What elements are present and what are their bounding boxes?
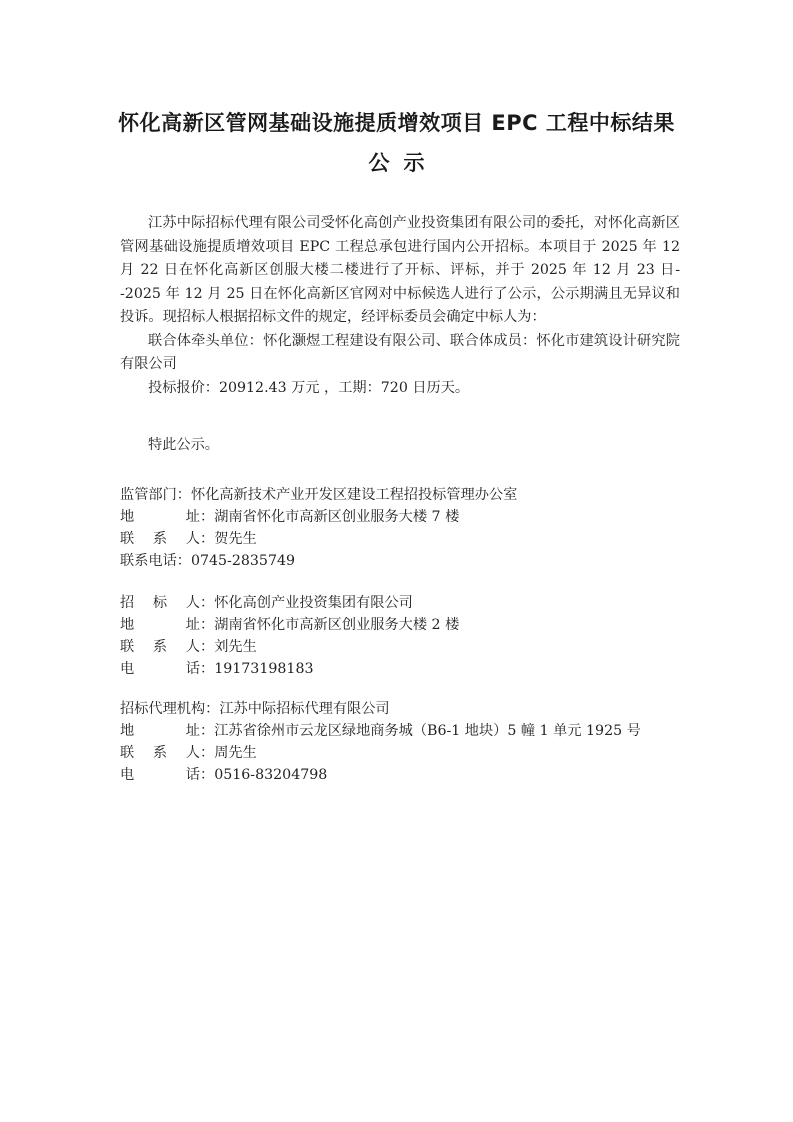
winner-paragraph: 联合体牵头单位：怀化灏煜工程建设有限公司、联合体成员：怀化市建筑设计研究院有限公…	[120, 330, 680, 377]
tenderer-contact-label: 联系人	[120, 636, 200, 658]
agency-address-row: 地址：江苏省徐州市云龙区绿地商务城（B6-1 地块）5 幢 1 单元 1925 …	[120, 720, 641, 742]
agency-name-value: 江苏中际招标代理有限公司	[219, 701, 389, 717]
agency-name-label: 招标代理机构：	[120, 698, 219, 720]
supervisor-contact-row: 联系人：贺先生	[120, 528, 257, 550]
tenderer-contact-row: 联系人：刘先生	[120, 636, 257, 658]
supervisor-contact-value: 贺先生	[214, 531, 257, 547]
supervisor-address-value: 湖南省怀化市高新区创业服务大楼 7 楼	[214, 509, 459, 525]
supervisor-phone-row: 联系电话：0745-2835749	[120, 550, 295, 572]
agency-phone-value: 0516-83204798	[214, 767, 327, 783]
supervisor-contact-label: 联系人	[120, 528, 200, 550]
document-title: 怀化高新区管网基础设施提质增效项目 EPC 工程中标结果	[0, 107, 793, 137]
tenderer-address-value: 湖南省怀化市高新区创业服务大楼 2 楼	[214, 617, 459, 633]
supervisor-address-label: 地址	[120, 506, 200, 528]
supervisor-phone-label: 联系电话：	[120, 550, 191, 572]
tenderer-address-row: 地址：湖南省怀化市高新区创业服务大楼 2 楼	[120, 614, 459, 636]
supervisor-dept-label: 监管部门：	[120, 484, 191, 506]
agency-phone-label: 电话	[120, 764, 200, 786]
tenderer-phone-row: 电话：19173198183	[120, 658, 314, 680]
tenderer-name-value: 怀化高创产业投资集团有限公司	[214, 595, 413, 611]
tenderer-contact-value: 刘先生	[214, 639, 257, 655]
closing-statement: 特此公示。	[148, 434, 219, 456]
tenderer-phone-value: 19173198183	[214, 661, 313, 677]
agency-address-value: 江苏省徐州市云龙区绿地商务城（B6-1 地块）5 幢 1 单元 1925 号	[214, 723, 641, 739]
announcement-body: 江苏中际招标代理有限公司受怀化高创产业投资集团有限公司的委托，对怀化高新区管网基…	[120, 212, 680, 400]
bid-paragraph: 投标报价：20912.43 万元 ，工期：720 日历天。	[120, 377, 680, 401]
tenderer-address-label: 地址	[120, 614, 200, 636]
agency-contact-label: 联系人	[120, 742, 200, 764]
agency-contact-value: 周先生	[214, 745, 257, 761]
document-subtitle: 公示	[0, 147, 793, 177]
supervisor-dept-row: 监管部门：怀化高新技术产业开发区建设工程招投标管理办公室	[120, 484, 517, 506]
supervisor-phone-value: 0745-2835749	[191, 553, 295, 569]
tenderer-name-label: 招标人	[120, 592, 200, 614]
supervisor-dept-value: 怀化高新技术产业开发区建设工程招投标管理办公室	[191, 487, 517, 503]
agency-contact-row: 联系人：周先生	[120, 742, 257, 764]
agency-phone-row: 电话：0516-83204798	[120, 764, 327, 786]
intro-paragraph: 江苏中际招标代理有限公司受怀化高创产业投资集团有限公司的委托，对怀化高新区管网基…	[120, 212, 680, 330]
supervisor-address-row: 地址：湖南省怀化市高新区创业服务大楼 7 楼	[120, 506, 459, 528]
tenderer-phone-label: 电话	[120, 658, 200, 680]
tenderer-name-row: 招标人：怀化高创产业投资集团有限公司	[120, 592, 413, 614]
agency-name-row: 招标代理机构：江苏中际招标代理有限公司	[120, 698, 390, 720]
document-page: 怀化高新区管网基础设施提质增效项目 EPC 工程中标结果 公示 江苏中际招标代理…	[0, 0, 793, 1122]
agency-address-label: 地址	[120, 720, 200, 742]
